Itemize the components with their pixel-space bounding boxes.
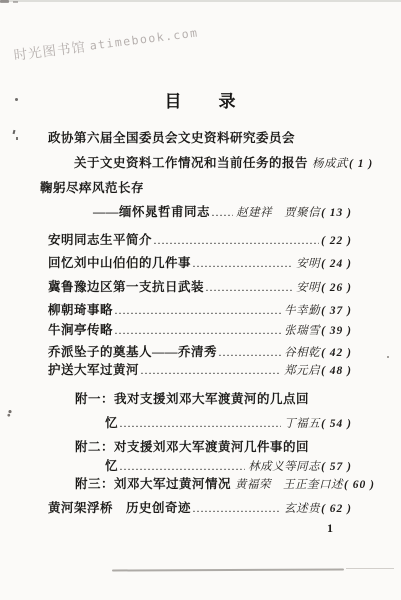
dot-leader: ……………………………………………………………………………………………………………: [153, 232, 319, 248]
entry-title: ——缅怀晁哲甫同志: [93, 204, 210, 220]
entry-title: 附二：对支援刘邓大军渡黄河几件事的回: [75, 439, 309, 455]
page-title: 目 录: [0, 87, 401, 112]
entry-page-number: ( 37 ): [321, 303, 352, 319]
scan-artifact-speck: [16, 137, 18, 140]
entry-author: 赵建祥 贾聚信: [236, 205, 320, 221]
entry-title: 附三：刘邓大军过黄河情况: [75, 476, 231, 492]
scan-artifact-speck: [7, 408, 13, 417]
entry-title: 黄河架浮桥 历史创奇迹: [48, 500, 191, 516]
entry-title: 乔派坠子的奠基人——乔清秀: [48, 344, 217, 360]
toc-entry: 鞠躬尽瘁风范长存: [40, 180, 352, 196]
entry-page-number: ( 13 ): [321, 205, 352, 221]
toc-entry: 附三：刘邓大军过黄河情况 …………………………………………………………………………: [75, 476, 352, 493]
entry-author: 黄福荣 王正奎口述: [235, 477, 343, 493]
entry-title: 护送大军过黄河: [48, 362, 139, 378]
toc-entry: 关于文史资料工作情况和当前任务的报告 …………………………………………………………: [74, 155, 352, 172]
watermark: 时光图书馆 atimebook.com: [12, 17, 233, 65]
entry-page-number: ( 57 ): [321, 459, 352, 475]
toc-entry: 乔派坠子的奠基人——乔清秀 ………………………………………………………………………: [48, 344, 352, 361]
dot-leader: ……………………………………………………………………………………………………………: [140, 362, 281, 378]
entry-page-number: ( 26 ): [321, 280, 352, 296]
entry-page-number: ( 48 ): [321, 363, 352, 379]
dot-leader: ……………………………………………………………………………………………………………: [218, 344, 281, 360]
entry-author: 张瑞雪: [284, 323, 320, 339]
entry-title: 安明同志生平简介: [48, 232, 152, 248]
dot-leader: ……………………………………………………………………………………………………………: [192, 500, 281, 516]
dot-leader: ……………………………………………………………………………………………………………: [205, 279, 293, 295]
entry-page-number: ( 42 ): [321, 345, 352, 361]
scan-artifact-speck: [13, 130, 16, 134]
entry-title: 关于文史资料工作情况和当前任务的报告: [74, 155, 308, 171]
toc-entry: 牛涧亭传略 ……………………………………………………………………………………………: [48, 322, 352, 339]
entry-title: 冀鲁豫边区第一支抗日武装: [48, 279, 204, 295]
toc-entry: 安明同志生平简介 ……………………………………………………………………………………: [48, 232, 352, 249]
watermark-url-text: atimebook.com: [89, 25, 199, 52]
entry-title: 附一：我对支援刘邓大军渡黄河的几点回: [75, 391, 309, 407]
toc-entry: 附一：我对支援刘邓大军渡黄河的几点回: [75, 391, 352, 407]
scan-artifact-bottom-line: [112, 568, 344, 571]
entry-page-number: ( 22 ): [321, 233, 352, 249]
page-number: 1: [327, 521, 333, 536]
dot-leader: ……………………………………………………………………………………………………………: [211, 204, 233, 220]
dot-leader: ……………………………………………………………………………………………………………: [114, 322, 281, 338]
entry-page-number: ( 54 ): [321, 416, 352, 432]
toc-entry: 附二：对支援刘邓大军渡黄河几件事的回: [75, 439, 352, 455]
entry-title: 政协第六届全国委员会文史资料研究委员会: [48, 130, 295, 146]
dot-leader: ……………………………………………………………………………………………………………: [119, 415, 281, 431]
entry-page-number: ( 1 ): [349, 156, 373, 172]
toc-entry: 柳朝琦事略 ……………………………………………………………………………………………: [48, 302, 352, 319]
entry-title: 柳朝琦事略: [48, 302, 113, 318]
toc-entry: 忆 ………………………………………………………………………………………………………: [105, 458, 352, 475]
scan-artifact-speck: [387, 356, 389, 358]
entry-author: 谷相乾: [284, 345, 320, 361]
entry-page-number: ( 62 ): [321, 501, 352, 517]
entry-page-number: ( 39 ): [321, 323, 352, 339]
scan-artifact-top-edge: [0, 0, 401, 2]
scan-artifact-bottom-line: [346, 568, 394, 569]
toc-entry: 忆 ………………………………………………………………………………………………………: [105, 415, 352, 432]
dot-leader: ……………………………………………………………………………………………………………: [114, 302, 281, 318]
toc-entry: ——缅怀晁哲甫同志 …………………………………………………………………………………: [93, 204, 352, 221]
entry-author: 丁福五: [284, 416, 320, 432]
entry-author: 安明: [296, 256, 320, 272]
entry-author: 林成义等同志: [248, 459, 320, 475]
watermark-cn-text: 时光图书馆: [13, 39, 87, 63]
toc-entry: 冀鲁豫边区第一支抗日武装 …………………………………………………………………………: [48, 279, 352, 296]
entry-author: 安明: [296, 280, 320, 296]
toc-entry: 回忆刘中山伯伯的几件事 ……………………………………………………………………………: [48, 255, 352, 272]
entry-author: 牛幸勤: [284, 303, 320, 319]
entry-page-number: ( 24 ): [321, 256, 352, 272]
toc-entry: 政协第六届全国委员会文史资料研究委员会: [48, 130, 352, 146]
entry-title: 鞠躬尽瘁风范长存: [40, 180, 144, 196]
dot-leader: ……………………………………………………………………………………………………………: [192, 255, 293, 271]
entry-author: 玄述贵: [284, 501, 320, 517]
dot-leader: ……………………………………………………………………………………………………………: [119, 458, 245, 474]
toc-entry: 黄河架浮桥 历史创奇迹 ……………………………………………………………………………: [48, 500, 352, 517]
scanned-book-page: { "watermark": { "cn": "时光图书馆", "en": "a…: [0, 0, 401, 600]
entry-author: 杨成武: [312, 156, 348, 172]
entry-page-number: ( 60 ): [344, 477, 375, 493]
entry-title: 忆: [105, 415, 118, 431]
entry-title: 牛涧亭传略: [48, 322, 113, 338]
entry-title: 回忆刘中山伯伯的几件事: [48, 255, 191, 271]
scan-artifact-speck: [0, 0, 9, 3]
entry-author: 郑元启: [284, 363, 320, 379]
toc-entry: 护送大军过黄河 ………………………………………………………………………………………: [48, 362, 352, 379]
scan-artifact-speck: [13, 1, 18, 3]
entry-title: 忆: [105, 458, 118, 474]
